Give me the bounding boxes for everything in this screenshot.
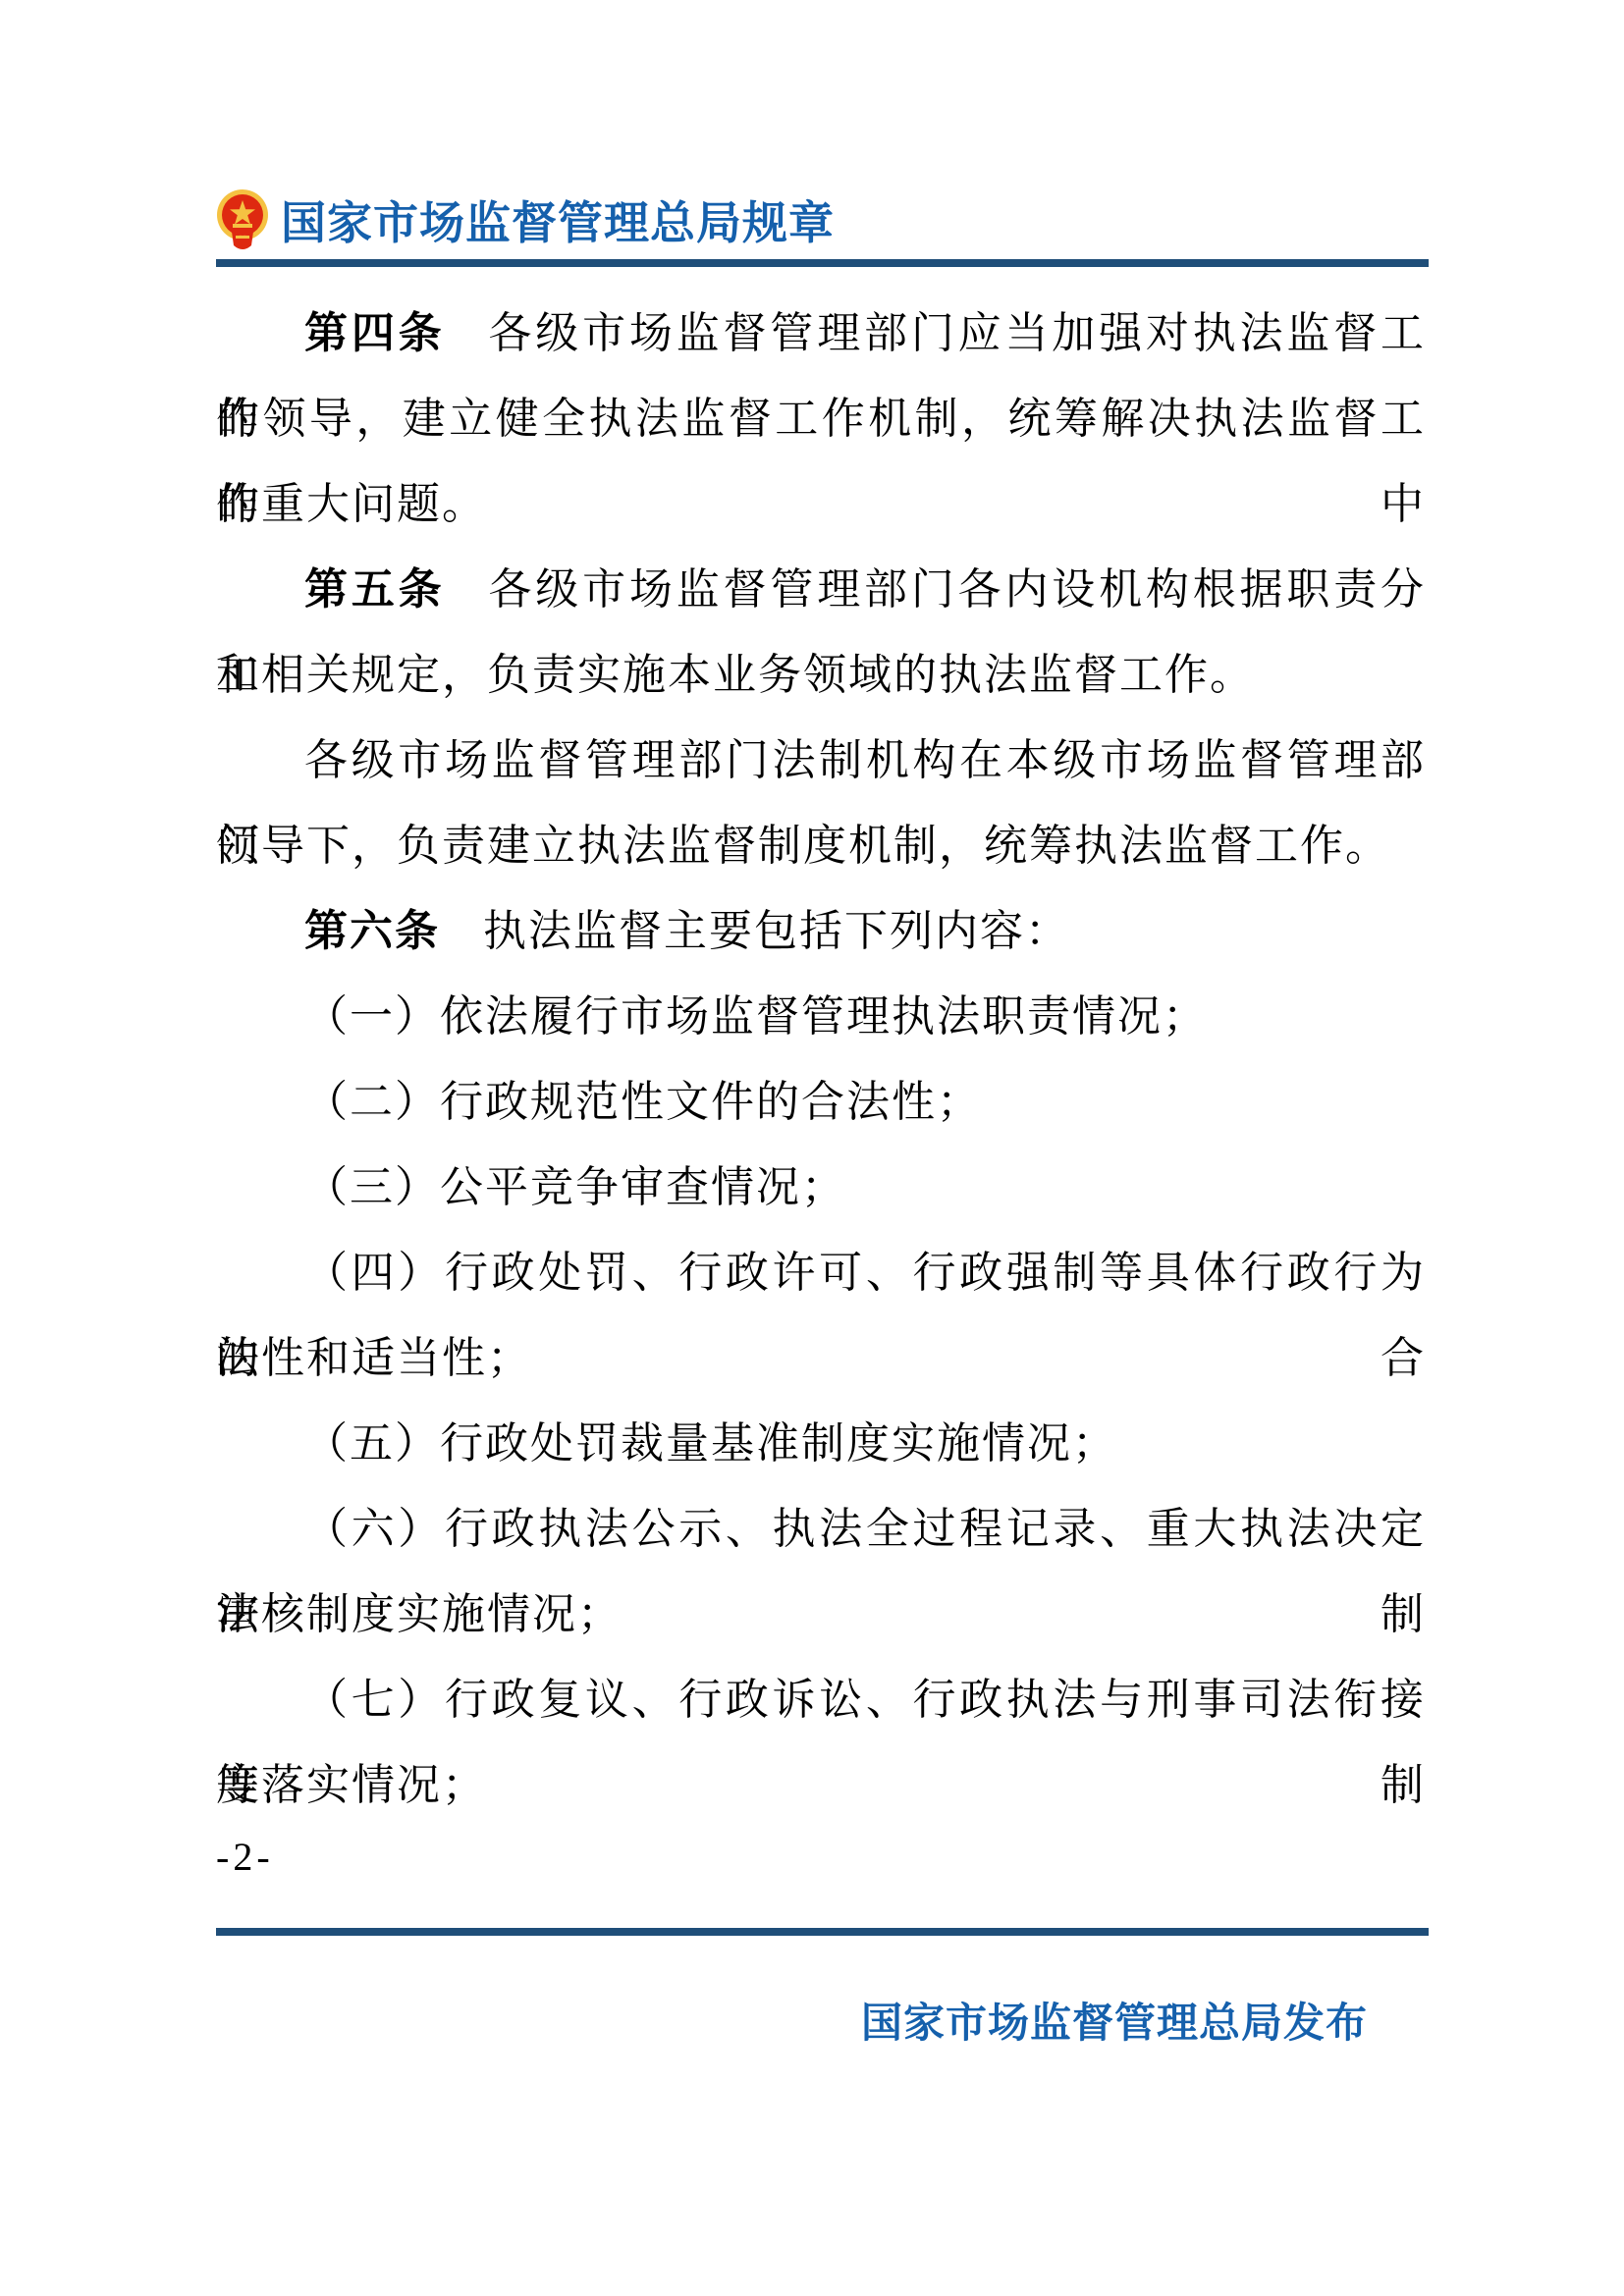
document-body: 第四条各级市场监督管理部门应当加强对执法监督工作 的领导，建立健全执法监督工作机…: [216, 291, 1426, 1828]
body-line: 的领导，建立健全执法监督工作机制，统筹解决执法监督工作中: [216, 376, 1426, 461]
body-line: （三）公平竞争审查情况；: [216, 1145, 1426, 1230]
body-line: （一）依法履行市场监督管理执法职责情况；: [216, 974, 1426, 1059]
body-line: （二）行政规范性文件的合法性；: [216, 1059, 1426, 1145]
body-line: 第六条执法监督主要包括下列内容：: [216, 888, 1426, 974]
body-line: 第四条各级市场监督管理部门应当加强对执法监督工作: [216, 291, 1426, 376]
page-number: -2-: [216, 1834, 274, 1880]
line-text: 和相关规定，负责实施本业务领域的执法监督工作。: [216, 651, 1255, 699]
document-header-title: 国家市场监督管理总局规章: [281, 187, 835, 252]
body-line: （七）行政复议、行政诉讼、行政执法与刑事司法衔接等制: [216, 1657, 1426, 1742]
line-text: （五）行政处罚裁量基准制度实施情况；: [304, 1419, 1117, 1468]
line-text: 法性和适当性；: [216, 1334, 532, 1382]
header-divider-rule: [216, 259, 1429, 267]
article-number: 第六条: [304, 907, 440, 955]
article-number: 第五条: [304, 565, 445, 614]
footer-publisher-row: 国家市场监督管理总局发布: [216, 1991, 1429, 2050]
body-line: 领导下，负责建立执法监督制度机制，统筹执法监督工作。: [216, 803, 1426, 888]
line-text: 领导下，负责建立执法监督制度机制，统筹执法监督工作。: [216, 822, 1390, 870]
body-line: 和相关规定，负责实施本业务领域的执法监督工作。: [216, 632, 1426, 718]
line-text: （三）公平竞争审查情况；: [304, 1163, 846, 1211]
footer-divider-rule: [216, 1928, 1429, 1936]
line-text: 的重大问题。: [216, 480, 487, 528]
line-text: 度落实情况；: [216, 1761, 487, 1809]
publisher-label: 国家市场监督管理总局发布: [861, 1991, 1368, 2050]
body-line: （五）行政处罚裁量基准制度实施情况；: [216, 1401, 1426, 1486]
line-text: 执法监督主要包括下列内容：: [483, 907, 1070, 955]
body-line: 各级市场监督管理部门法制机构在本级市场监督管理部门: [216, 718, 1426, 803]
body-line: （六）行政执法公示、执法全过程记录、重大执法决定法制: [216, 1486, 1426, 1572]
line-text: （二）行政规范性文件的合法性；: [304, 1078, 982, 1126]
line-text: 审核制度实施情况；: [216, 1590, 623, 1638]
line-text: （一）依法履行市场监督管理执法职责情况；: [304, 992, 1208, 1041]
body-line: 第五条各级市场监督管理部门各内设机构根据职责分工: [216, 547, 1426, 632]
national-emblem-icon: [216, 188, 269, 251]
body-line: （四）行政处罚、行政许可、行政强制等具体行政行为的合: [216, 1230, 1426, 1315]
article-number: 第四条: [304, 309, 445, 357]
